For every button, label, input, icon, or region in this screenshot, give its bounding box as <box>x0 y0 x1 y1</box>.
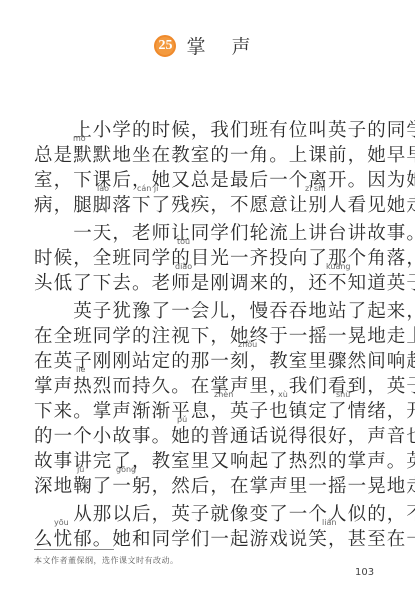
line-text: 的一个小故事。她的普通话说得很好，声音也十分动听。 <box>34 426 415 447</box>
line-text: 头低了下去。老师是刚调来的，还不知道英子的情况。 <box>34 273 415 294</box>
pinyin-annotation: liè <box>76 365 85 374</box>
line-text: 室，下课后，她又总是最后一个离开。因为她小时候生过 <box>34 170 415 191</box>
footnote: 本文作者董保纲，选作课文时有改动。 <box>34 555 179 566</box>
text-line: 室，下课后，她又总是最后一个离开。因为她小时候生过 <box>34 168 390 193</box>
line-text: 一天，老师让同学们轮流上讲台讲故事。轮到英子的 <box>34 223 415 244</box>
text-line: 从那以后，英子就像变了一个人似的，不再像以前那 <box>34 502 390 527</box>
lesson-title-text: 掌 声 <box>186 32 260 59</box>
line-text: 病，腿脚落下了残疾，不愿意让别人看见她走路的姿势。 <box>34 195 415 216</box>
line-text: 上小学的时候，我们班有位叫英子的同学。她很文静， <box>34 120 415 141</box>
pinyin-annotation: zī shì <box>305 184 325 193</box>
footnote-divider <box>34 549 114 550</box>
pinyin-annotation: shù <box>336 390 350 399</box>
text-line: 在英子刚刚站定的那一刻，教室里骤然间响起了掌声，那zhòu <box>34 349 390 374</box>
line-text: 时候，全班同学的目光一齐投向了那个角落，英子立刻把 <box>34 248 415 269</box>
line-text: 英子犹豫了一会儿，慢吞吞地站了起来，眼圈红红的。 <box>34 301 415 322</box>
text-line: 的一个小故事。她的普通话说得很好，声音也十分动听。pǔ <box>34 424 390 449</box>
text-line: 英子犹豫了一会儿，慢吞吞地站了起来，眼圈红红的。 <box>34 299 390 324</box>
text-line: 上小学的时候，我们班有位叫英子的同学。她很文静， <box>34 118 390 143</box>
page-number: 103 <box>355 567 374 578</box>
text-line: 总是默默地坐在教室的一角。上课前，她早早地就来到教mò <box>34 143 390 168</box>
line-text: 么忧郁。她和同学们一起游戏说笑，甚至在一次联欢会上， <box>34 529 415 550</box>
line-text: 在英子刚刚站定的那一刻，教室里骤然间响起了掌声，那 <box>34 351 415 372</box>
pinyin-annotation: cán jí <box>137 184 158 193</box>
pinyin-annotation: tóu <box>177 237 190 246</box>
pinyin-annotation: pǔ <box>177 415 187 424</box>
pinyin-annotation: lián <box>322 518 336 527</box>
line-text: 下来。掌声渐渐平息，英子也镇定了情绪，开始讲述自己 <box>34 401 415 422</box>
text-line: 病，腿脚落下了残疾，不愿意让别人看见她走路的姿势。làocán jízī shì <box>34 193 390 218</box>
lesson-title: 25 掌 声 <box>0 32 415 59</box>
pinyin-annotation: xù <box>278 390 288 399</box>
line-text: 深地鞠了一躬，然后，在掌声里一摇一晃地走下了讲台。 <box>34 476 415 497</box>
text-line: 故事讲完了，教室里又响起了热烈的掌声。英子向大家深 <box>34 449 390 474</box>
pinyin-annotation: zhòu <box>238 340 257 349</box>
text-line: 深地鞠了一躬，然后，在掌声里一摇一晃地走下了讲台。jūgōng <box>34 474 390 499</box>
text-line: 下来。掌声渐渐平息，英子也镇定了情绪，开始讲述自己zhènxùshù <box>34 399 390 424</box>
pinyin-annotation: diào <box>175 262 192 271</box>
pinyin-annotation: lào <box>97 184 109 193</box>
line-text: 在全班同学的注视下，她终于一摇一晃地走上了讲台。就 <box>34 326 415 347</box>
pinyin-annotation: gōng <box>116 465 136 474</box>
text-line: 一天，老师让同学们轮流上讲台讲故事。轮到英子的 <box>34 221 390 246</box>
pinyin-annotation: jū <box>77 465 84 474</box>
text-line: 头低了下去。老师是刚调来的，还不知道英子的情况。diàokuàng <box>34 271 390 296</box>
pinyin-annotation: kuàng <box>326 262 351 271</box>
pinyin-annotation: zhèn <box>214 390 233 399</box>
pinyin-annotation: mò <box>73 134 86 143</box>
line-text: 故事讲完了，教室里又响起了热烈的掌声。英子向大家深 <box>34 451 415 472</box>
lesson-number-badge: 25 <box>154 35 176 57</box>
line-text: 从那以后，英子就像变了一个人似的，不再像以前那 <box>34 504 415 525</box>
text-line: 在全班同学的注视下，她终于一摇一晃地走上了讲台。就 <box>34 324 390 349</box>
pinyin-annotation: yōu <box>54 518 69 527</box>
line-text: 总是默默地坐在教室的一角。上课前，她早早地就来到教 <box>34 145 415 166</box>
lesson-body-text: 上小学的时候，我们班有位叫英子的同学。她很文静，总是默默地坐在教室的一角。上课前… <box>34 118 390 552</box>
